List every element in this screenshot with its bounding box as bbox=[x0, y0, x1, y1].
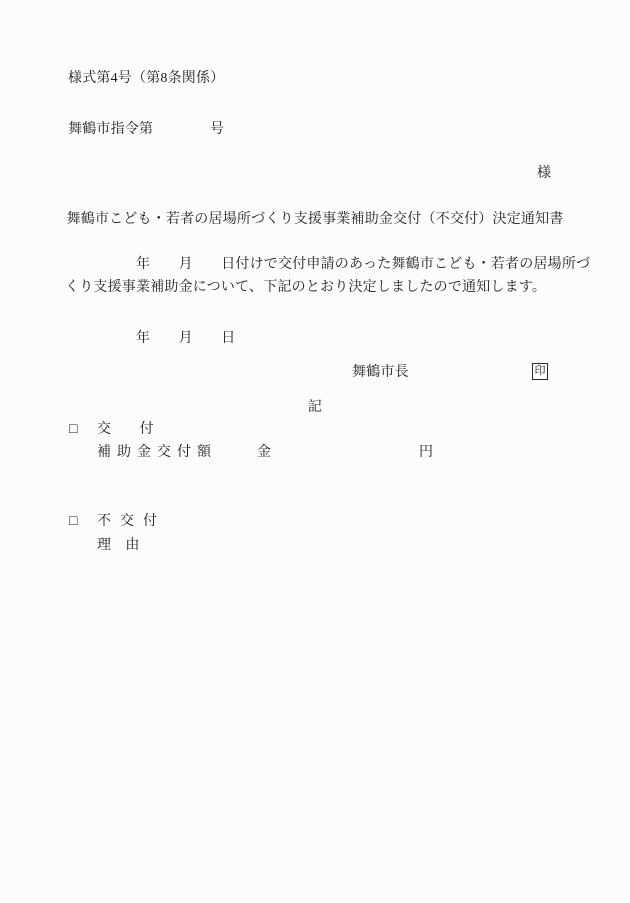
document-title: 舞鶴市こども・若者の居場所づくり支援事業補助金交付（不交付）決定通知書 bbox=[0, 210, 630, 230]
body-line-2: くり支援事業補助金について、下記のとおり決定しましたので通知します。 bbox=[65, 278, 546, 298]
grant-checkbox: □ bbox=[69, 420, 78, 440]
document-page: 様式第4号（第8条関係） 舞鶴市指令第 号 様 舞鶴市こども・若者の居場所づくり… bbox=[0, 0, 630, 903]
grant-amount-prefix: 金 bbox=[257, 443, 271, 463]
date-line: 年 月 日 bbox=[65, 329, 235, 349]
no-grant-checkbox: □ bbox=[69, 512, 78, 532]
addressee-honorific: 様 bbox=[537, 164, 551, 184]
no-grant-option-label: 不交付 bbox=[97, 512, 166, 532]
grant-option-label: 交 付 bbox=[97, 420, 154, 440]
grant-amount-label: 補助金交付額 bbox=[97, 443, 217, 463]
grant-amount-unit: 円 bbox=[419, 443, 433, 463]
form-number: 様式第4号（第8条関係） bbox=[68, 69, 224, 89]
mayor-signature-label: 舞鶴市長 bbox=[352, 363, 409, 383]
seal-mark: 印 bbox=[532, 363, 548, 380]
body-line-1: 年 月 日付けで交付申請のあった舞鶴市こども・若者の居場所づ bbox=[65, 255, 590, 275]
section-marker: 記 bbox=[0, 398, 630, 418]
no-grant-reason-label: 理 由 bbox=[97, 536, 140, 556]
directive-number-line: 舞鶴市指令第 号 bbox=[68, 120, 224, 140]
